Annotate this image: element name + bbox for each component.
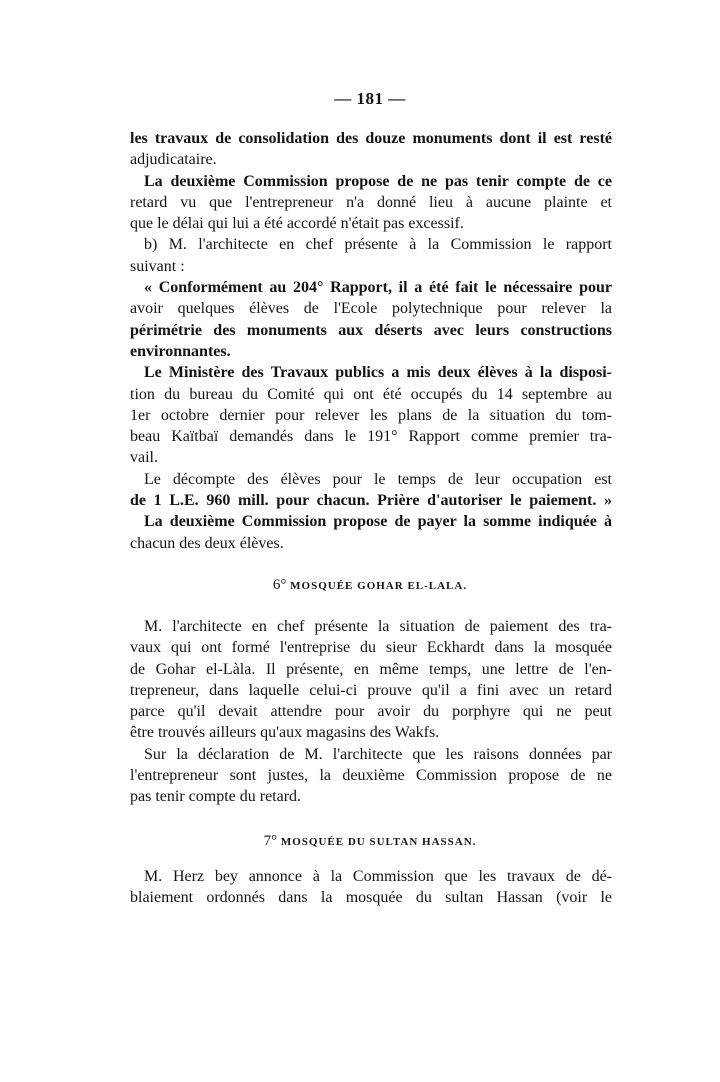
text-line: Sur la déclaration de M. l'architecte qu… (130, 744, 612, 765)
text-line: beau Kaïtbaï demandés dans le 191° Rappo… (130, 426, 612, 447)
text-line: l'entrepreneur sont justes, la deuxième … (130, 765, 612, 786)
text-line: les travaux de consolidation des douze m… (130, 128, 612, 149)
text-line: être trouvés ailleurs qu'aux magasins de… (130, 722, 612, 743)
text-line: b) M. l'architecte en chef présente à la… (130, 234, 612, 255)
text-line: La deuxième Commission propose de payer … (130, 511, 612, 532)
text-line: retard vu que l'entrepreneur n'a donné l… (130, 192, 612, 213)
page-number: — 181 — (0, 89, 720, 109)
text-line: Le Ministère des Travaux publics a mis d… (130, 362, 612, 383)
section-number: 6° (273, 577, 287, 593)
text-line: La deuxième Commission propose de ne pas… (130, 171, 612, 192)
text-line: environnantes. (130, 341, 612, 362)
text-line: trepreneur, dans laquelle celui-ci prouv… (130, 680, 612, 701)
text-line: parce qu'il devait attendre pour avoir d… (130, 701, 612, 722)
text-line: M. Herz bey annonce à la Commission que … (130, 866, 612, 887)
text-line: adjudicataire. (130, 149, 612, 170)
text-line: 1er octobre dernier pour relever les pla… (130, 405, 612, 426)
text-line: de Gohar el-Làla. Il présente, en même t… (130, 659, 612, 680)
text-line: « Conformément au 204° Rapport, il a été… (130, 277, 612, 298)
body-text-block-3: M. Herz bey annonce à la Commission que … (130, 866, 612, 909)
section-title: MOSQUÉE GOHAR EL-LALA. (290, 580, 467, 592)
body-text-block-1: les travaux de consolidation des douze m… (130, 128, 612, 554)
body-text-block-2: M. l'architecte en chef présente la situ… (130, 616, 612, 808)
text-line: que le délai qui lui a été accordé n'éta… (130, 213, 612, 234)
text-line: suivant : (130, 256, 612, 277)
section-number: 7° (264, 833, 278, 849)
text-line: avoir quelques élèves de l'Ecole polytec… (130, 298, 612, 319)
section-heading-7: 7° MOSQUÉE DU SULTAN HASSAN. (0, 833, 720, 850)
text-line: vaux qui ont formé l'entreprise du sieur… (130, 637, 612, 658)
text-line: vail. (130, 447, 612, 468)
document-page: — 181 — les travaux de consolidation des… (0, 0, 720, 1082)
text-line: Le décompte des élèves pour le temps de … (130, 469, 612, 490)
section-title: MOSQUÉE DU SULTAN HASSAN. (281, 836, 477, 848)
text-line: de 1 L.E. 960 mill. pour chacun. Prière … (130, 490, 612, 511)
text-line: périmétrie des monuments aux déserts ave… (130, 320, 612, 341)
text-line: blaiement ordonnés dans la mosquée du su… (130, 887, 612, 908)
section-heading-6: 6° MOSQUÉE GOHAR EL-LALA. (0, 577, 720, 594)
text-line: M. l'architecte en chef présente la situ… (130, 616, 612, 637)
text-line: tion du bureau du Comité qui ont été occ… (130, 384, 612, 405)
text-line: pas tenir compte du retard. (130, 786, 612, 807)
text-line: chacun des deux élèves. (130, 533, 612, 554)
